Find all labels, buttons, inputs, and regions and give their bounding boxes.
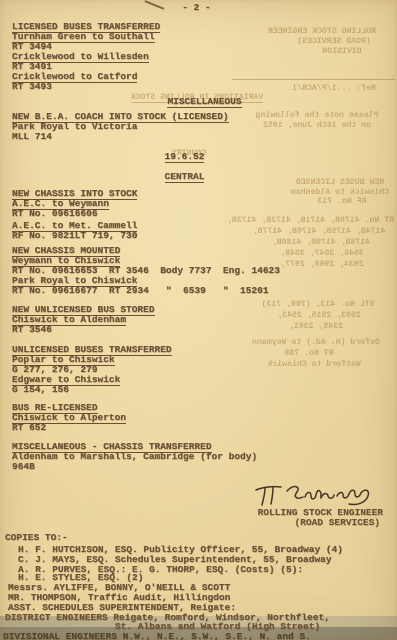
route-line: Chiswick to Alperton (12, 413, 397, 423)
copies-to-label: COPIES TO:- (5, 533, 397, 543)
route-line: Aldenham to Marshalls, Cambridge (for bo… (12, 452, 397, 462)
fleet-line: RT 652 (12, 423, 397, 433)
fleet-line: RF No. 9821LT 719, 730 (12, 231, 397, 241)
route-line: Cricklewood to Willesden (12, 52, 397, 62)
route-line: Edgware to Chiswick (12, 375, 397, 385)
route-line: Park Royal to Victoria (12, 122, 397, 132)
fleet-line: 964B (12, 462, 397, 472)
fleet-line: MLL 714 (12, 132, 397, 142)
copies-item: DIVISIONAL ENGINEERS N.W., N.E., S.W., S… (3, 632, 397, 640)
fleet-line: RT 3546 (12, 325, 397, 335)
fleet-line: RT 3493 (12, 82, 397, 92)
route-line: Chiswick to Aldenham (12, 315, 397, 325)
signature-scrawl (253, 481, 381, 508)
date-heading: 19.6.52 (0, 152, 377, 162)
section-heading-miscellaneous: MISCELLANEOUS (12, 97, 397, 107)
typed-body: - 2 -LICENSED BUSES TRANSFERREDTurnham G… (0, 0, 397, 640)
region-heading: CENTRAL (0, 172, 377, 182)
signature-block: ROLLING STOCK ENGINEER (ROAD SERVICES) (211, 481, 383, 527)
fleet-line: G 154, 156 (12, 385, 397, 395)
page-number: - 2 - (4, 3, 389, 13)
signatory-subtitle: (ROAD SERVICES) (211, 518, 383, 528)
route-line: Turnham Green to Southall (12, 32, 397, 42)
fleet-line: RT No. 09616677 RT 2934 " 6539 " 15201 (12, 286, 397, 296)
typed-memo-page: ROLLING STOCK ENGINEER(ROAD SERVICES)DIV… (0, 0, 397, 640)
route-line: Cricklewood to Catford (12, 72, 397, 82)
fleet-line: RT No. 09616606 (12, 209, 397, 219)
